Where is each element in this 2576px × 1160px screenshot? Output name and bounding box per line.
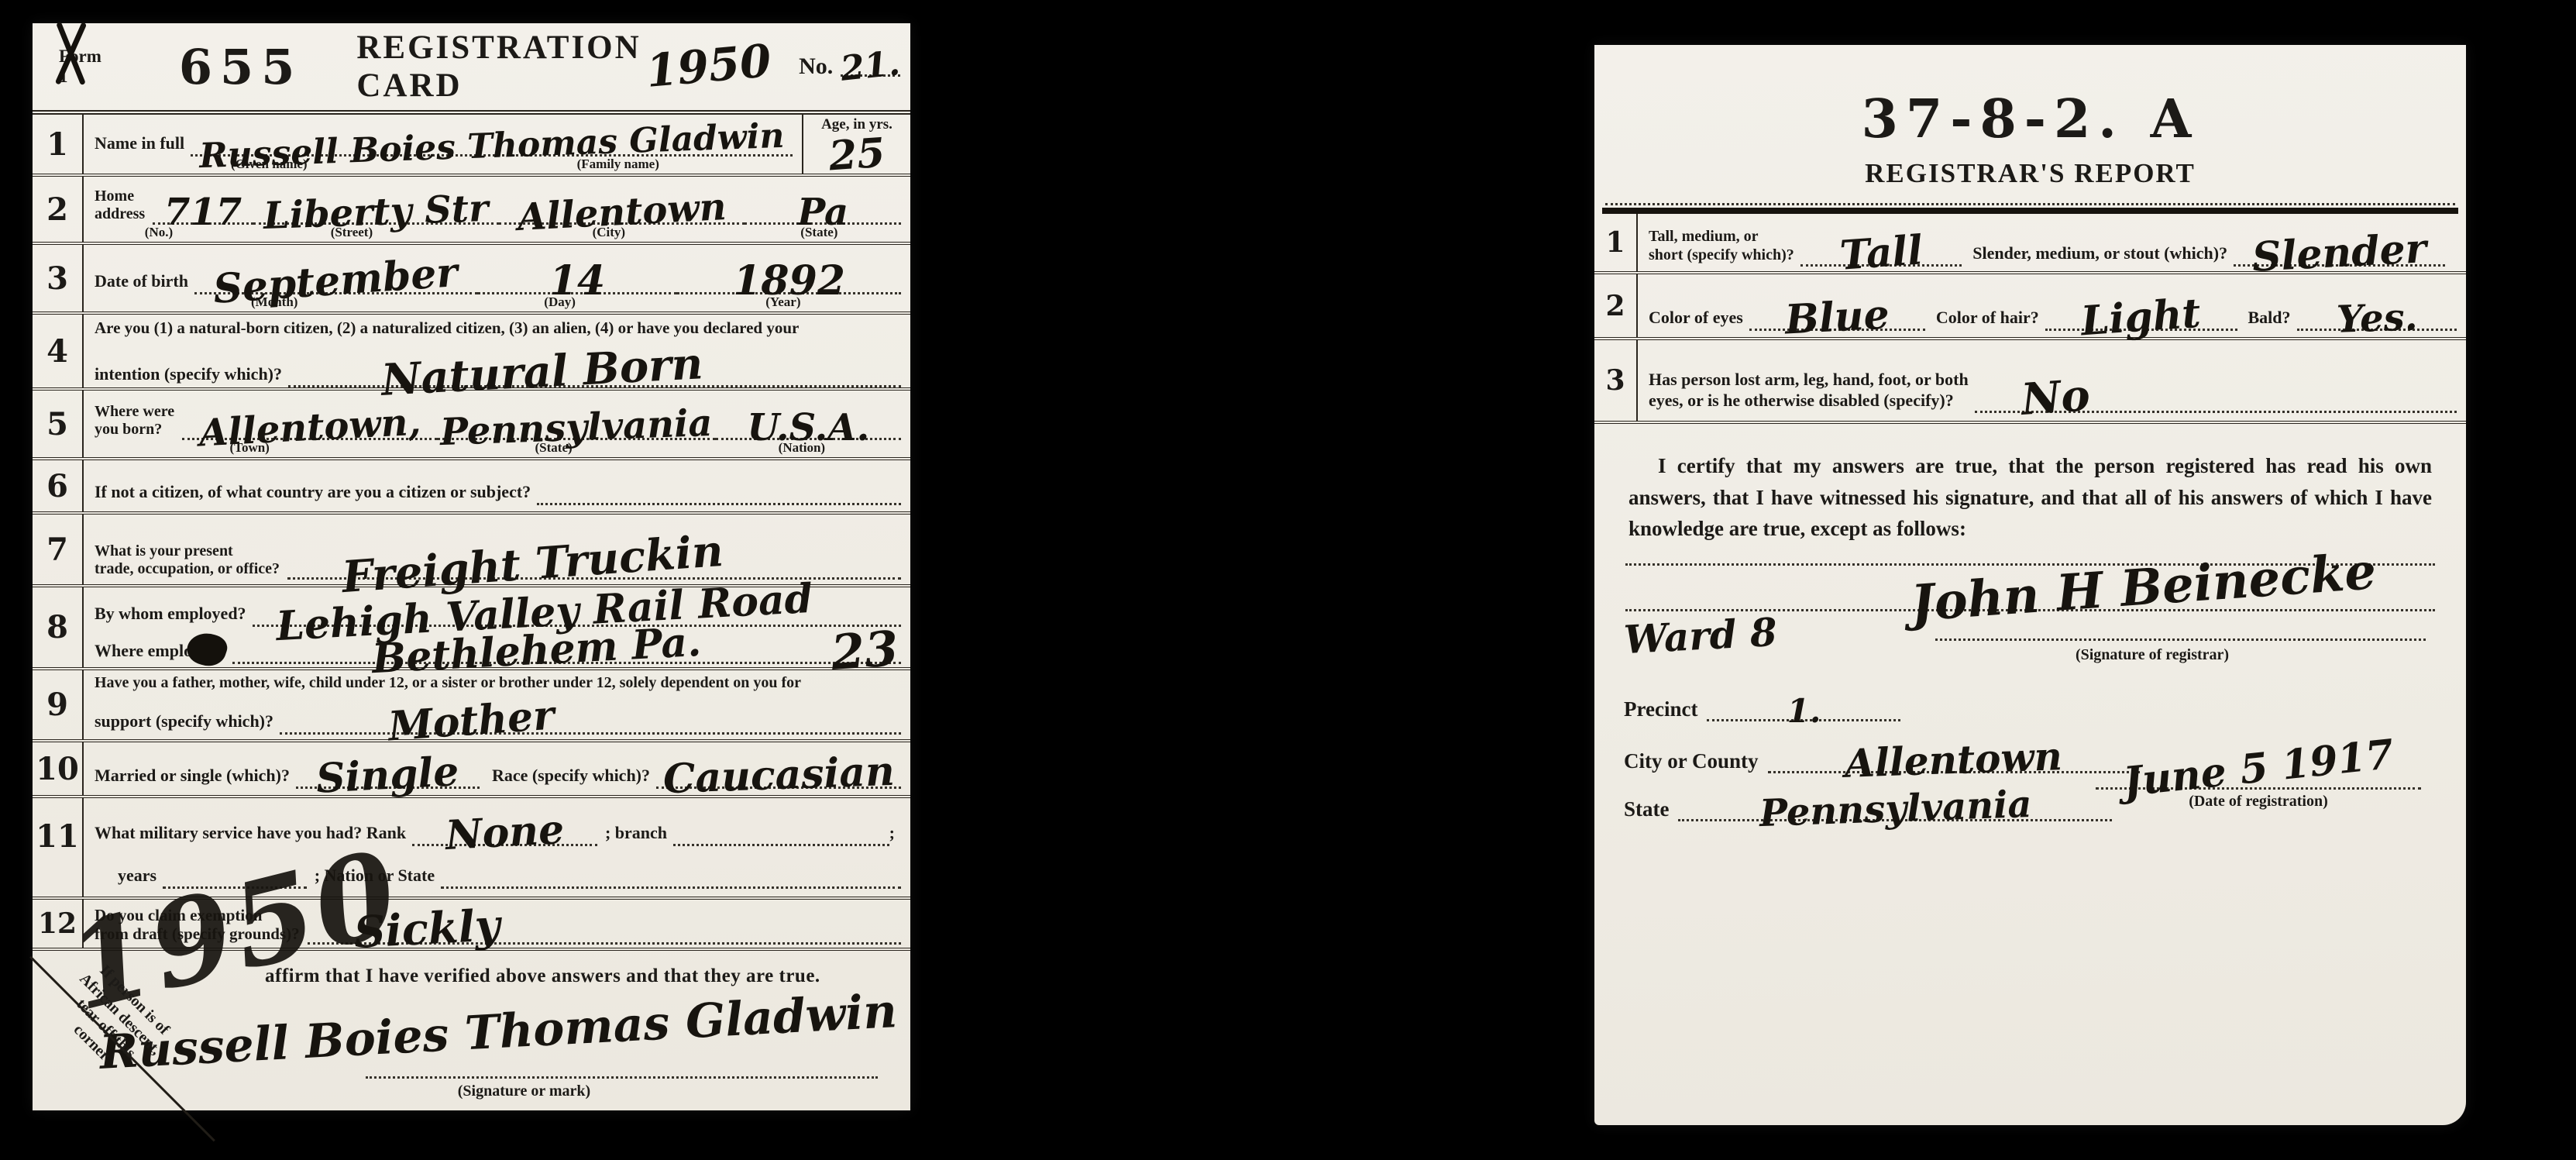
field-row-employer: 8 By whom employed? Lehigh Valley Rail R… xyxy=(33,587,910,670)
dependents-question-line1: Have you a father, mother, wife, child u… xyxy=(95,672,901,692)
handwritten-city-county: Allentown xyxy=(1844,740,2062,780)
citizenship-field-content: Are you (1) a natural-born citizen, (2) … xyxy=(84,315,910,387)
handwritten-hair-color: Light xyxy=(2080,296,2202,339)
stray-pen-mark xyxy=(779,45,784,88)
field-row-date-of-birth: 3 Date of birth September 14 1892 (Month… xyxy=(33,245,910,315)
signature-sublabel: (Signature or mark) xyxy=(458,1083,590,1100)
row-number: 7 xyxy=(33,515,84,584)
home-label-1: Home xyxy=(95,188,134,205)
name-field-content: Name in full Russell Boies Thomas Gladwi… xyxy=(84,115,802,174)
handwritten-eye-color: Blue xyxy=(1784,298,1890,337)
handwritten-precinct: 1. xyxy=(1787,697,1821,725)
city-county-field: City or County Allentown xyxy=(1624,744,2140,773)
precinct-field: Precinct 1. xyxy=(1624,697,1900,721)
dependents-field-content: Have you a father, mother, wife, child u… xyxy=(84,670,910,739)
handwritten-year-header: 1950 xyxy=(645,42,772,91)
occupation-field-content: What is your present trade, occupation, … xyxy=(84,515,910,584)
disability-label-1: Has person lost arm, leg, hand, foot, or… xyxy=(1649,370,1969,389)
row-number: 1 xyxy=(1594,214,1638,271)
handwritten-disability: No xyxy=(2020,377,2091,419)
header-dotted-rule xyxy=(1605,203,2455,205)
field-row-home-address: 2 Home address 717 Liberty Str Allentown… xyxy=(33,177,910,245)
form-number-label: Form 1 xyxy=(59,46,101,87)
scan-background: { "left_card": { "form_label": "Form 1",… xyxy=(0,0,2576,1160)
registrar-signature-line xyxy=(1935,639,2426,641)
handwritten-registration-date: June 5 1917 xyxy=(2121,738,2395,800)
card-title: REGISTRATION CARD xyxy=(356,29,641,105)
row-number: 6 xyxy=(33,460,84,511)
height-label-2: short (specify which)? xyxy=(1649,246,1794,263)
handwritten-ward: Ward 8 xyxy=(1623,616,1778,657)
birthplace-field-content: Where were you born? Allentown, Pennsylv… xyxy=(84,391,910,457)
foreign-citizen-content: If not a citizen, of what country are yo… xyxy=(84,460,910,511)
handwritten-no-value: 21. xyxy=(840,49,902,84)
handwritten-city: Allentown xyxy=(517,191,727,234)
handwritten-birth-state: Pennsylvania xyxy=(440,408,714,449)
handwritten-rank: None xyxy=(445,813,565,853)
employer-field-content: By whom employed? Lehigh Valley Rail Roa… xyxy=(84,587,910,667)
handwritten-birth-day: 14 xyxy=(549,264,605,298)
handwritten-house-no: 717 xyxy=(164,197,242,229)
occupation-label-1: What is your present xyxy=(95,542,233,559)
row-number: 1 xyxy=(33,115,84,174)
address-field-content: Home address 717 Liberty Str Allentown P… xyxy=(84,177,910,242)
serial-number-stamp: 655 xyxy=(179,39,302,95)
registrars-report-card: 37-8-2. A REGISTRAR'S REPORT 1 Tall, med… xyxy=(1594,45,2466,1125)
born-label-2: you born? xyxy=(95,421,162,438)
report-row-eyes-hair: 2 Color of eyes Blue Color of hair? Ligh… xyxy=(1594,274,2466,340)
field-row-foreign-citizen: 6 If not a citizen, of what country are … xyxy=(33,460,910,515)
married-label: Married or single (which)? xyxy=(95,766,296,789)
registration-date-block: June 5 1917 (Date of registration) xyxy=(2096,752,2421,811)
field-row-birthplace: 5 Where were you born? Allentown, Pennsy… xyxy=(33,391,910,460)
by-whom-employed-label: By whom employed? xyxy=(95,604,253,627)
marital-race-content: Married or single (which)? Single Race (… xyxy=(84,742,910,795)
dob-field-content: Date of birth September 14 1892 (Month) … xyxy=(84,245,910,312)
handwritten-marital-status: Single xyxy=(315,755,459,797)
row-number: 2 xyxy=(33,177,84,242)
field-row-name: 1 Name in full Russell Boies Thomas Glad… xyxy=(33,115,910,177)
row-number: 10 xyxy=(33,742,84,795)
state-label: State xyxy=(1624,797,1678,821)
no-label: No. xyxy=(799,53,833,80)
registration-card: Form 1 655 REGISTRATION CARD 1950 No. 21… xyxy=(33,23,910,1110)
handwritten-birth-nation: U.S.A. xyxy=(747,412,869,444)
sublabel-nation: (Nation) xyxy=(703,440,901,457)
row-number: 2 xyxy=(1594,274,1638,337)
report-row-disability: 3 Has person lost arm, leg, hand, foot, … xyxy=(1594,340,2466,424)
row-number: 4 xyxy=(33,315,84,387)
citizenship-question-line2: intention (specify which)? xyxy=(95,364,288,387)
no-value-line: 21. xyxy=(841,52,900,77)
signature-line xyxy=(366,1076,878,1079)
race-label: Race (specify which)? xyxy=(480,766,656,789)
handwritten-build: Slender xyxy=(2251,232,2427,275)
handwritten-birth-year: 1892 xyxy=(733,264,845,298)
branch-semicolon: ; xyxy=(889,823,901,846)
disability-content: Has person lost arm, leg, hand, foot, or… xyxy=(1638,340,2466,421)
state-field: State Pennsylvania xyxy=(1624,793,2112,821)
occupation-label-2: trade, occupation, or office? xyxy=(95,560,280,577)
certification-paragraph: I certify that my answers are true, that… xyxy=(1628,450,2432,545)
row-number: 5 xyxy=(33,391,84,457)
handwritten-dependents: Mother xyxy=(387,698,555,744)
eyes-label: Color of eyes xyxy=(1649,308,1749,331)
height-label-1: Tall, medium, or xyxy=(1649,228,1759,245)
report-title: REGISTRAR'S REPORT xyxy=(1594,158,2466,189)
born-label-1: Where were xyxy=(95,403,174,420)
city-county-label: City or County xyxy=(1624,749,1768,773)
field-row-dependents: 9 Have you a father, mother, wife, child… xyxy=(33,670,910,742)
handwritten-race: Caucasian xyxy=(662,755,895,797)
row-number: 11 xyxy=(33,798,84,897)
header-heavy-rule xyxy=(1602,208,2458,214)
branch-label: ; branch xyxy=(597,823,673,846)
foreign-citizen-label: If not a citizen, of what country are yo… xyxy=(95,482,537,505)
disability-label-2: eyes, or is he otherwise disabled (speci… xyxy=(1649,391,1954,410)
build-label: Slender, medium, or stout (which)? xyxy=(1962,243,2234,267)
row-number: 9 xyxy=(33,670,84,739)
height-build-content: Tall, medium, or short (specify which)? … xyxy=(1638,214,2466,271)
dob-label: Date of birth xyxy=(95,271,194,294)
name-label: Name in full xyxy=(95,133,191,157)
sublabel-day: (Day) xyxy=(454,294,665,312)
handwritten-state: Pa xyxy=(797,197,848,229)
citizenship-question-line1: Are you (1) a natural-born citizen, (2) … xyxy=(95,316,901,338)
report-code: 37-8-2. A xyxy=(1594,88,2466,150)
field-row-citizenship: 4 Are you (1) a natural-born citizen, (2… xyxy=(33,315,910,391)
handwritten-age: 25 xyxy=(827,136,886,174)
handwritten-height: Tall xyxy=(1838,233,1924,274)
handwritten-number-23: 23 xyxy=(830,628,899,674)
handwritten-bald: Yes. xyxy=(2336,301,2418,336)
precinct-label: Precinct xyxy=(1624,697,1707,721)
handwritten-street: Liberty Str xyxy=(263,193,490,232)
handwritten-birth-town: Allentown, xyxy=(198,407,421,450)
report-row-height-build: 1 Tall, medium, or short (specify which)… xyxy=(1594,214,2466,274)
registrars-report-header: 37-8-2. A REGISTRAR'S REPORT xyxy=(1594,45,2466,189)
age-cell: Age, in yrs. 25 xyxy=(802,115,910,174)
hair-label: Color of hair? xyxy=(1925,308,2045,331)
field-row-marital-race: 10 Married or single (which)? Single Rac… xyxy=(33,742,910,798)
sublabel-state: (State) xyxy=(738,225,901,242)
handwritten-registrar-signature: John H Beinecke xyxy=(1910,551,2378,625)
registration-card-header: Form 1 655 REGISTRATION CARD 1950 No. 21… xyxy=(33,23,910,115)
registrar-signature-sublabel: (Signature of registrar) xyxy=(2076,646,2229,664)
row-number: 3 xyxy=(33,245,84,312)
row-number: 3 xyxy=(1594,340,1638,421)
handwritten-employer-place: Bethlehem Pa. xyxy=(371,625,702,676)
home-label-2: address xyxy=(95,205,145,222)
sublabel-year: (Year) xyxy=(665,294,901,312)
x-mark-icon xyxy=(48,20,95,87)
dependents-question-line2: support (specify which)? xyxy=(95,711,280,735)
handwritten-state-value: Pennsylvania xyxy=(1759,789,2032,830)
bald-label: Bald? xyxy=(2237,308,2297,331)
row-number: 8 xyxy=(33,587,84,667)
sublabel-no: (No.) xyxy=(95,225,223,242)
eyes-hair-content: Color of eyes Blue Color of hair? Light … xyxy=(1638,274,2466,337)
